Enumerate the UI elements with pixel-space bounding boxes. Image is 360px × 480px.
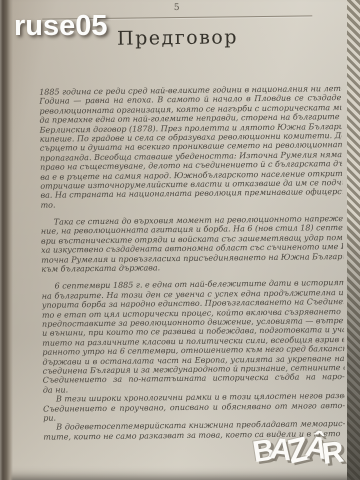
bazar-letter: R <box>321 436 343 472</box>
body-text: 1885 година се реди сред най-великите го… <box>39 84 345 442</box>
watermark-ruse05: ruse05 <box>14 10 108 43</box>
book-photo: 5 Предговор 1885 година се реди сред най… <box>0 0 360 480</box>
watermark-bazar-logo: BAZÂR <box>253 431 340 470</box>
paragraph: 1885 година се реди сред най-великите го… <box>39 84 342 210</box>
paragraph: Така се стигна до върховия момент на рев… <box>41 214 344 274</box>
book-page: 5 Предговор 1885 година се реди сред най… <box>10 0 350 480</box>
paragraph: 6 септември 1885 г. е една от най-бележи… <box>42 278 345 394</box>
paragraph: В тези широки хронологични рамки и в тоз… <box>43 391 345 423</box>
